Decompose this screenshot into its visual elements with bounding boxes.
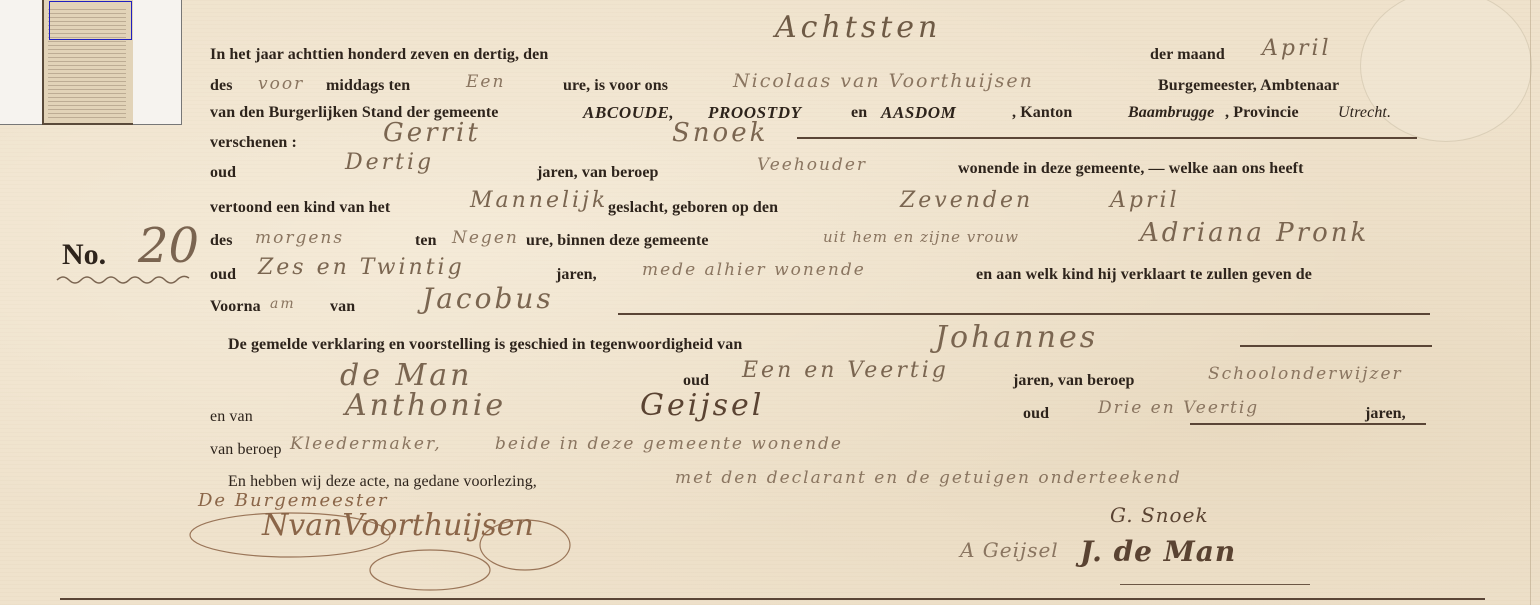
handwritten-hour: Negen [452,228,519,248]
handwritten-age: Dertig [345,150,434,175]
printed-text: In het jaar achttien honderd zeven en de… [210,46,548,64]
kanton-name: Baambrugge [1128,104,1214,122]
handwritten-day: Achtsten [775,10,941,45]
printed-text: Burgemeester, Ambtenaar [1158,77,1339,95]
printed-text: der maand [1150,46,1225,64]
handwritten-witness2-age: Drie en Veertig [1098,398,1259,418]
provincie-name: Utrecht. [1338,104,1391,122]
signature-underline [1120,584,1310,585]
printed-text: ten [415,232,437,250]
printed-text: vertoond een kind van het [210,199,390,217]
handwritten-official: Nicolaas van Voorthuijsen [733,70,1034,92]
printed-text: ure, is voor ons [563,77,668,95]
printed-text: geslacht, geboren op den [608,199,778,217]
printed-text: en van [210,408,253,426]
printed-text: , Provincie [1225,104,1299,122]
closing-rule [60,598,1485,600]
printed-text: oud [210,266,236,284]
printed-text: jaren, van beroep [537,164,659,182]
handwritten-declarant-last: Snoek [672,118,768,148]
fill-line [1240,345,1432,347]
printed-text: des [210,232,233,250]
printed-text: jaren, [556,266,597,284]
fill-line [797,137,1417,139]
handwritten-occupation: Veehouder [757,155,867,175]
handwritten-birth-month: April [1110,188,1180,213]
minimap-viewport-indicator[interactable] [49,1,132,40]
municipality-aasdom: AASDOM [881,103,956,123]
mayor-signature: NvanVoorthuijsen [262,508,534,543]
fill-line [618,313,1430,315]
printed-text: en aan welk kind hij verklaart te zullen… [976,266,1312,284]
handwritten-mother-intro: uit hem en zijne vrouw [823,228,1019,246]
handwritten-mother-age: Zes en Twintig [258,255,465,280]
handwritten-sex: Mannelijk [470,188,608,213]
handwritten-witness1-first: Johannes [935,320,1098,355]
printed-text: oud [1023,405,1049,423]
handwritten-witness2-last: Geijsel [640,388,764,423]
witness1-signature: J. de Man [1080,535,1236,568]
printed-text: , Kanton [1012,104,1072,122]
handwritten-mother: Adriana Pronk [1140,218,1369,248]
municipality-abcoude: ABCOUDE, [583,103,674,123]
document-page: In het jaar achttien honderd zeven en de… [0,0,1540,605]
handwritten-month: April [1262,36,1332,61]
fill-line [1190,423,1426,425]
printed-text: verschenen : [210,134,297,152]
handwritten-signing-note: met den declarant en de getuigen onderte… [675,468,1182,488]
declarant-signature: G. Snoek [1110,503,1209,527]
printed-text: van beroep [210,441,282,459]
printed-text: oud [210,164,236,182]
printed-text: En hebben wij deze acte, na gedane voorl… [228,473,537,491]
handwritten-hour: Een [466,72,505,92]
printed-text: jaren, [1365,405,1406,423]
page-minimap[interactable] [0,0,182,125]
handwritten-ampm: morgens [255,228,344,248]
record-number-value: 20 [138,218,199,274]
handwritten-witness1-age: Een en Veertig [742,358,949,383]
handwritten-ampm: voor [258,74,304,94]
handwritten-child-name: Jacobus [422,282,554,315]
printed-text: des [210,77,233,95]
witness2-signature: A Geijsel [960,538,1059,562]
printed-text: ure, binnen deze gemeente [526,232,709,250]
printed-text: Voorna [210,298,261,316]
record-number-label: No. [62,238,106,272]
printed-text: wonende in deze gemeente, — welke aan on… [958,160,1304,178]
page-edge [1530,0,1531,605]
printed-text: De gemelde verklaring en voorstelling is… [228,336,742,354]
handwritten-suffix: am [270,296,296,312]
handwritten-birth-day: Zevenden [900,188,1033,213]
squiggle-underline [55,272,195,284]
printed-text: middags ten [326,77,410,95]
handwritten-residence-note: beide in deze gemeente wonende [495,434,843,454]
handwritten-witness2-occupation: Kleedermaker, [290,434,442,454]
handwritten-residence: mede alhier wonende [642,260,866,280]
printed-text: van [330,298,355,316]
handwritten-witness2-first: Anthonie [345,388,506,423]
handwritten-declarant-first: Gerrit [383,118,481,148]
handwritten-witness1-occupation: Schoolonderwijzer [1208,364,1403,384]
printed-text: jaren, van beroep [1013,372,1135,390]
printed-text: en [851,104,867,122]
